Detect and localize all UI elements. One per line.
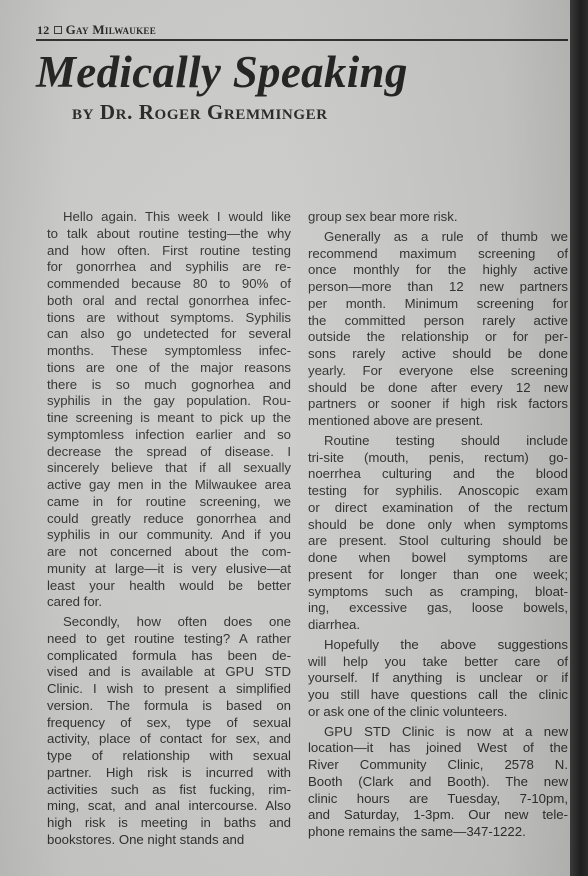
text-line: phone remains the same—347-1222. xyxy=(308,824,568,841)
text-line: both oral and rectal gonorrhea infec- xyxy=(47,293,291,310)
text-line: type of relationship with sexual xyxy=(47,748,291,765)
article-paragraph: Hopefully the above suggestionswill help… xyxy=(308,637,568,721)
article-paragraph: Secondly, how often does oneneed to get … xyxy=(47,614,291,849)
text-line: activities such as fist fucking, rim- xyxy=(47,782,291,799)
text-line: the committed person rarely active xyxy=(308,313,568,330)
text-line: tri-site (mouth, penis, rectum) go- xyxy=(308,450,568,467)
article-byline: by Dr. Roger Gremminger xyxy=(72,100,328,125)
text-line: Clinic. I wish to present a simplified xyxy=(47,681,291,698)
text-line: mentioned above are present. xyxy=(308,413,568,430)
text-line: Generally as a rule of thumb we xyxy=(308,229,568,246)
text-line: and how often. First routine testing xyxy=(47,243,291,260)
text-line: sons rarely active should be done xyxy=(308,346,568,363)
text-line: active gay men in the Milwaukee area xyxy=(47,477,291,494)
text-line: for gonorrhea and syphilis are re- xyxy=(47,259,291,276)
text-line: ing, excessive gas, loose bowels, xyxy=(308,600,568,617)
text-line: tions are one of the major reasons xyxy=(47,360,291,377)
header-rule xyxy=(36,39,568,41)
text-line: Secondly, how often does one xyxy=(47,614,291,631)
text-line: munity at large—it is very elusive—at xyxy=(47,561,291,578)
text-line: could greatly reduce gonorrhea and xyxy=(47,511,291,528)
text-line: syphilis in our community. And if you xyxy=(47,527,291,544)
text-line: done when bowel symptoms are xyxy=(308,550,568,567)
page-shadow-edge xyxy=(570,0,588,876)
page-number: 12 xyxy=(37,23,50,38)
text-line: yourself. If anything is unclear or if xyxy=(308,670,568,687)
article-column-right: group sex bear more risk.Generally as a … xyxy=(308,209,568,841)
text-line: are not concerned about the com- xyxy=(47,544,291,561)
text-line: and Saturday, 1-3pm. Our new tele- xyxy=(308,807,568,824)
text-line: yearly. For everyone else screening xyxy=(308,363,568,380)
text-line: group sex bear more risk. xyxy=(308,209,568,226)
text-line: need to get routine testing? A rather xyxy=(47,631,291,648)
text-line: symptomless infection earlier and so xyxy=(47,427,291,444)
text-line: will help you take better care of xyxy=(308,654,568,671)
text-line: version. The formula is based on xyxy=(47,698,291,715)
text-line: commended because 80 to 90% of xyxy=(47,276,291,293)
article-paragraph: Hello again. This week I would liketo ta… xyxy=(47,209,291,611)
text-line: clinic hours are Tuesday, 7-10pm, xyxy=(308,791,568,808)
text-line: there is so much gognorhea and xyxy=(47,377,291,394)
text-line: high risk is meeting in baths and xyxy=(47,815,291,832)
text-line: Hello again. This week I would like xyxy=(47,209,291,226)
text-line: partner. High risk is incurred with xyxy=(47,765,291,782)
text-line: diarrhea. xyxy=(308,617,568,634)
text-line: decrease the spread of disease. I xyxy=(47,444,291,461)
text-line: recommend maximum screening of xyxy=(308,246,568,263)
text-line: cared for. xyxy=(47,594,291,611)
text-line: came in for routine screening, we xyxy=(47,494,291,511)
text-line: are present. Stool culturing should be xyxy=(308,533,568,550)
text-line: River Community Clinic, 2578 N. xyxy=(308,757,568,774)
text-line: person—more than 12 new partners xyxy=(308,279,568,296)
text-line: syphilis in the gay population. Rou- xyxy=(47,393,291,410)
article-title: Medically Speaking xyxy=(36,46,408,98)
text-line: activity, place of contact for sex, and xyxy=(47,731,291,748)
text-line: least your health would be better xyxy=(47,578,291,595)
text-line: months. These symptomless infec- xyxy=(47,343,291,360)
text-line: per month. Minimum screening for xyxy=(308,296,568,313)
article-paragraph: Generally as a rule of thumb werecommend… xyxy=(308,229,568,430)
text-line: present for longer than one week; xyxy=(308,567,568,584)
article-paragraph: Routine testing should includetri-site (… xyxy=(308,433,568,634)
article-column-left: Hello again. This week I would liketo ta… xyxy=(47,209,291,849)
newspaper-page: 12 Gay Milwaukee Medically Speaking by D… xyxy=(0,0,572,876)
text-line: should be done only when symptoms xyxy=(308,517,568,534)
text-line: you still have questions call the clinic xyxy=(308,687,568,704)
text-line: frequency of sex, type of sexual xyxy=(47,715,291,732)
text-line: noerrhea culturing and the blood xyxy=(308,466,568,483)
text-line: location—it has joined West of the xyxy=(308,740,568,757)
text-line: partners or sooner if high risk factors xyxy=(308,396,568,413)
text-line: testing for syphilis. Anoscopic exam xyxy=(308,483,568,500)
text-line: Booth (Clark and Booth). The new xyxy=(308,774,568,791)
text-line: vised and is available at GPU STD xyxy=(47,664,291,681)
text-line: can also go undetected for several xyxy=(47,326,291,343)
text-line: or direct examination of the rectum xyxy=(308,500,568,517)
text-line: ming, scat, and anal intercourse. Also xyxy=(47,798,291,815)
text-line: complicated formula has been de- xyxy=(47,648,291,665)
text-line: bookstores. One night stands and xyxy=(47,832,291,849)
text-line: tions are without symptoms. Syphilis xyxy=(47,310,291,327)
text-line: to talk about routine testing—the why xyxy=(47,226,291,243)
text-line: tine screening is meant to pick up the xyxy=(47,410,291,427)
text-line: Routine testing should include xyxy=(308,433,568,450)
text-line: outside the relationship or for per- xyxy=(308,329,568,346)
text-line: once monthly for the highly active xyxy=(308,262,568,279)
text-line: or ask one of the clinic volunteers. xyxy=(308,704,568,721)
text-line: Hopefully the above suggestions xyxy=(308,637,568,654)
text-line: symptoms such as cramping, bloat- xyxy=(308,584,568,601)
text-line: should be done after every 12 new xyxy=(308,380,568,397)
article-paragraph: GPU STD Clinic is now at a newlocation—i… xyxy=(308,724,568,841)
page-folio: 12 Gay Milwaukee xyxy=(37,22,156,38)
article-paragraph: group sex bear more risk. xyxy=(308,209,568,226)
text-line: GPU STD Clinic is now at a new xyxy=(308,724,568,741)
publication-name: Gay Milwaukee xyxy=(66,22,156,38)
square-bullet-icon xyxy=(54,26,62,34)
text-line: sincerely believe that if all sexually xyxy=(47,460,291,477)
